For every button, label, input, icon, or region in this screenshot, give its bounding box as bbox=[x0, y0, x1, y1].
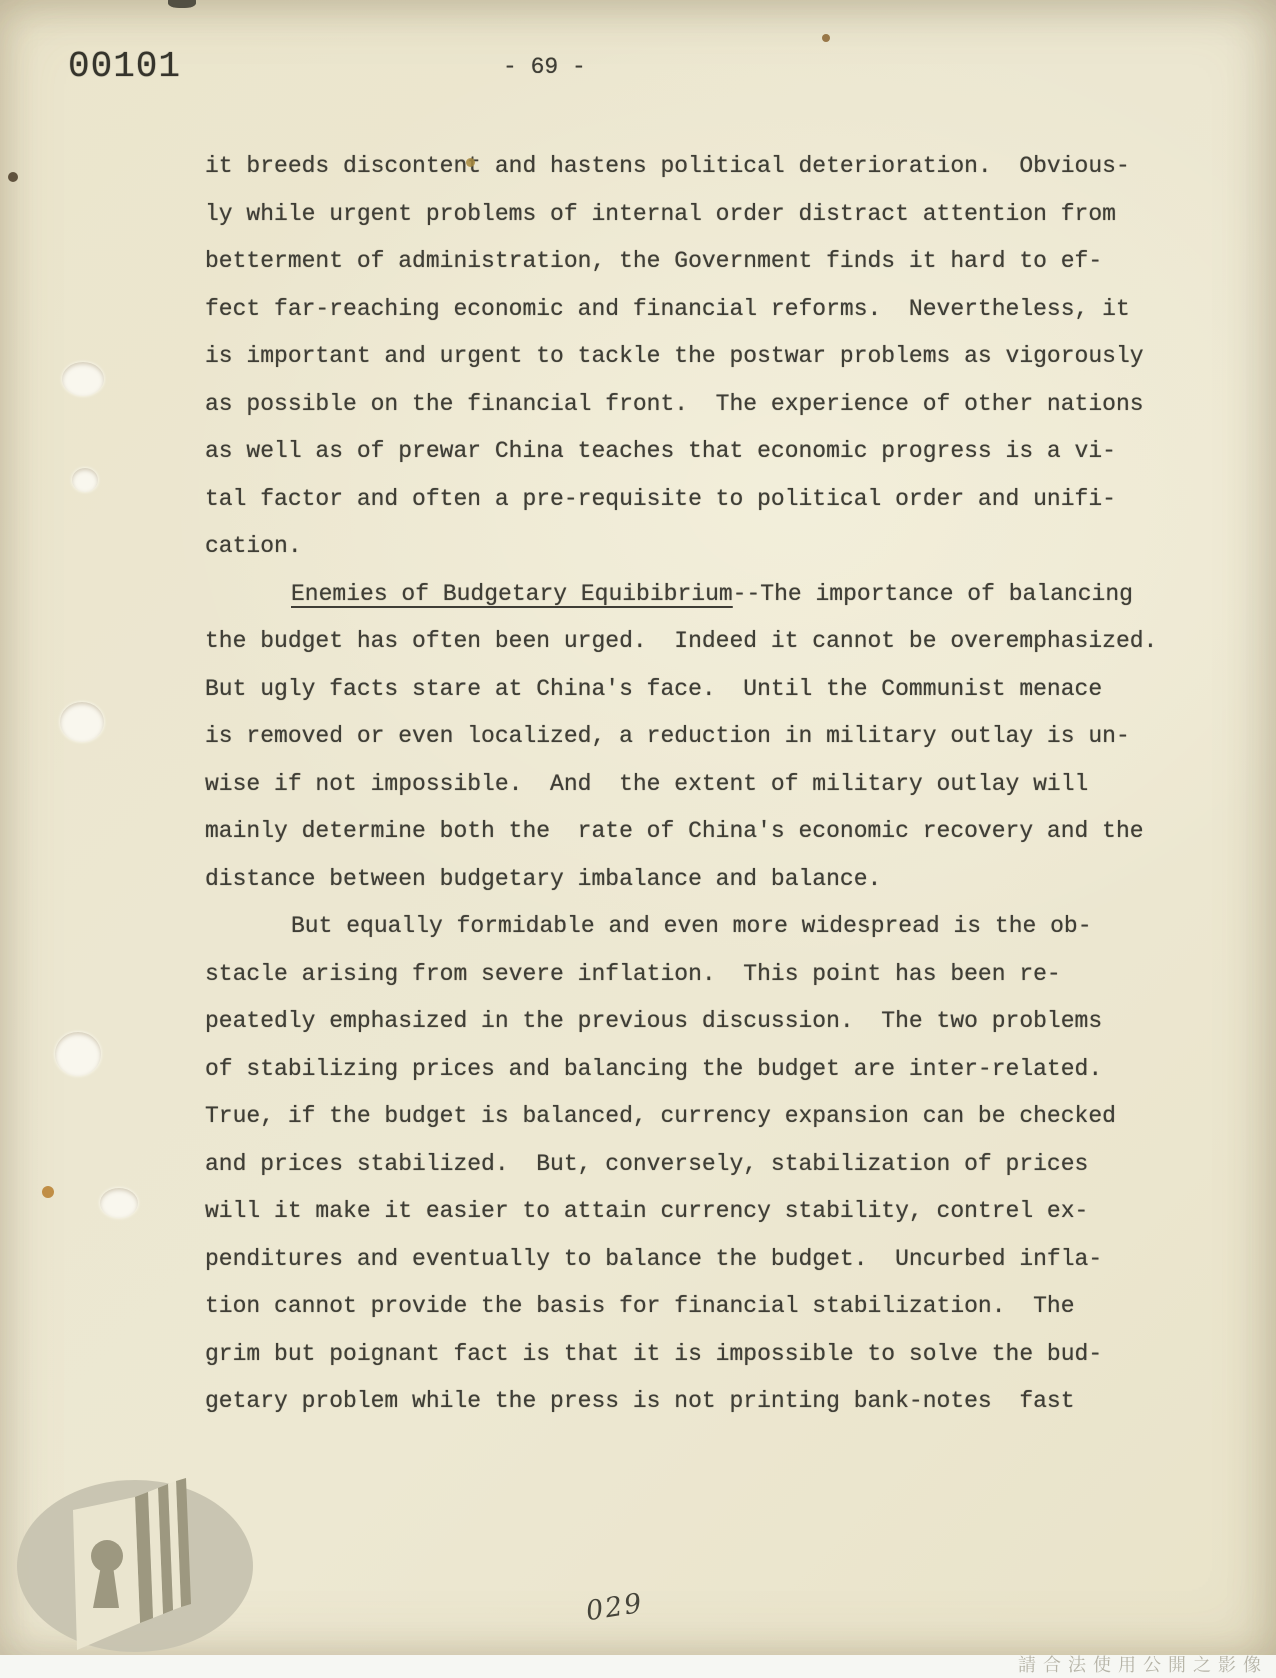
ink-speck bbox=[8, 172, 18, 182]
stain-speck bbox=[466, 158, 475, 167]
archive-number-stamp: 00101 bbox=[68, 46, 181, 87]
document-body: it breeds discontent and hastens politic… bbox=[205, 143, 1205, 1426]
handwritten-folio-number: 029 bbox=[584, 1588, 646, 1628]
rust-stain bbox=[42, 1186, 54, 1198]
paragraph-3: But equally formidable and even more wid… bbox=[205, 903, 1205, 1426]
section-heading: Enemies of Budgetary Equibibrium bbox=[291, 581, 733, 607]
usage-notice-watermark: 請合法使用公開之影像 bbox=[1018, 1651, 1268, 1677]
page-number: - 69 - bbox=[503, 54, 586, 80]
scanned-document-page: 00101 - 69 - it breeds discontent and ha… bbox=[0, 0, 1276, 1678]
paper-hole bbox=[100, 1188, 138, 1218]
scan-bottom-margin: 請合法使用公開之影像 bbox=[0, 1655, 1276, 1678]
stain-speck bbox=[822, 34, 830, 42]
paper-hole bbox=[55, 1032, 101, 1076]
paper-hole bbox=[72, 468, 98, 492]
paper-hole bbox=[62, 362, 104, 396]
paragraph-2: Enemies of Budgetary Equibibrium--The im… bbox=[205, 571, 1205, 904]
paper-sheet: 00101 - 69 - it breeds discontent and ha… bbox=[0, 0, 1276, 1655]
paragraph-2-text: --The importance of balancing the budget… bbox=[205, 581, 1157, 892]
paragraph-1: it breeds discontent and hastens politic… bbox=[205, 143, 1205, 571]
edge-smudge bbox=[168, 0, 196, 8]
archive-logo-watermark bbox=[8, 1470, 278, 1670]
paper-hole bbox=[60, 702, 104, 742]
